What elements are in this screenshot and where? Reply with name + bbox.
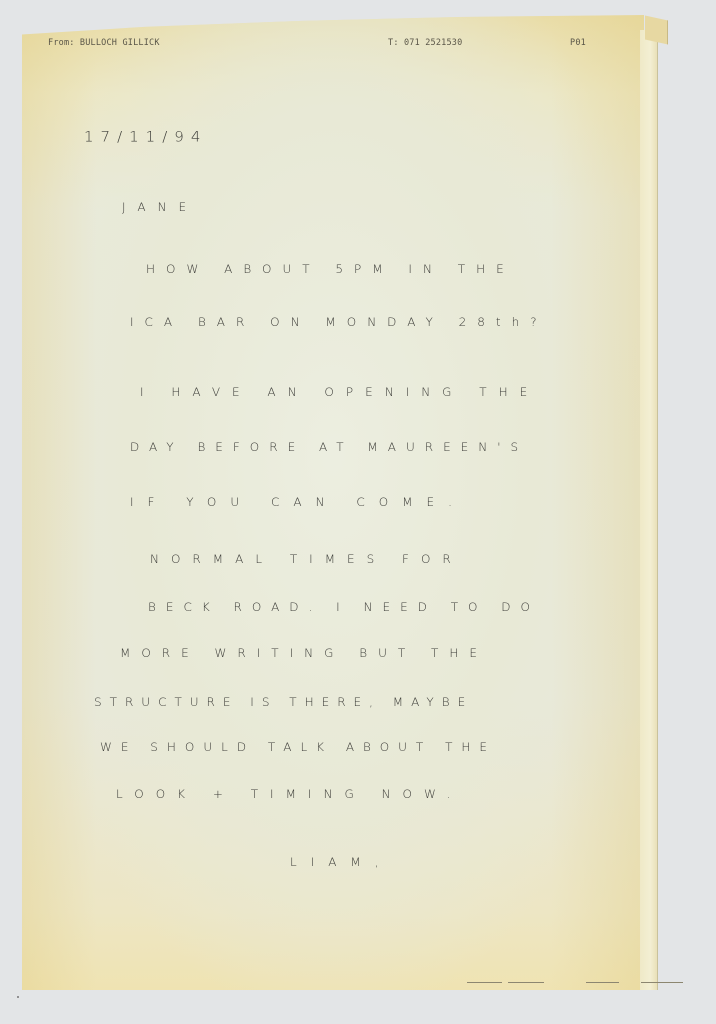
letter-line: STRUCTURE IS THERE, MAYBE bbox=[94, 695, 473, 708]
letter-salutation: JANE bbox=[122, 200, 198, 213]
letter-line: NORMAL TIMES FOR bbox=[150, 552, 463, 565]
letter-line: WE SHOULD TALK ABOUT THE bbox=[100, 740, 496, 753]
letter-line: I HAVE AN OPENING THE bbox=[140, 385, 539, 398]
fax-header: From: BULLOCH GILLICK T: 071 2521530 P01 bbox=[0, 38, 716, 52]
letter-line: ICA BAR ON MONDAY 28th? bbox=[130, 315, 548, 328]
letter-line: IF YOU CAN COME. bbox=[130, 495, 466, 508]
letter-line: DAY BEFORE AT MAUREEN'S bbox=[130, 440, 528, 453]
letter-line: MORE WRITING BUT THE bbox=[120, 646, 488, 659]
fax-telephone: T: 071 2521530 bbox=[388, 38, 462, 48]
fax-page-number: P01 bbox=[570, 38, 586, 48]
fax-sender: From: BULLOCH GILLICK bbox=[48, 38, 160, 48]
letter-signature: LIAM, bbox=[290, 855, 393, 868]
paper-folded-edge bbox=[640, 30, 658, 990]
letter-date: 17/11/94 bbox=[84, 128, 207, 145]
letter-line: BECK ROAD. I NEED TO DO bbox=[148, 600, 540, 613]
letter-line: HOW ABOUT 5PM IN THE bbox=[146, 262, 515, 275]
letter-line: LOOK + TIMING NOW. bbox=[116, 787, 462, 800]
speck bbox=[17, 996, 19, 998]
